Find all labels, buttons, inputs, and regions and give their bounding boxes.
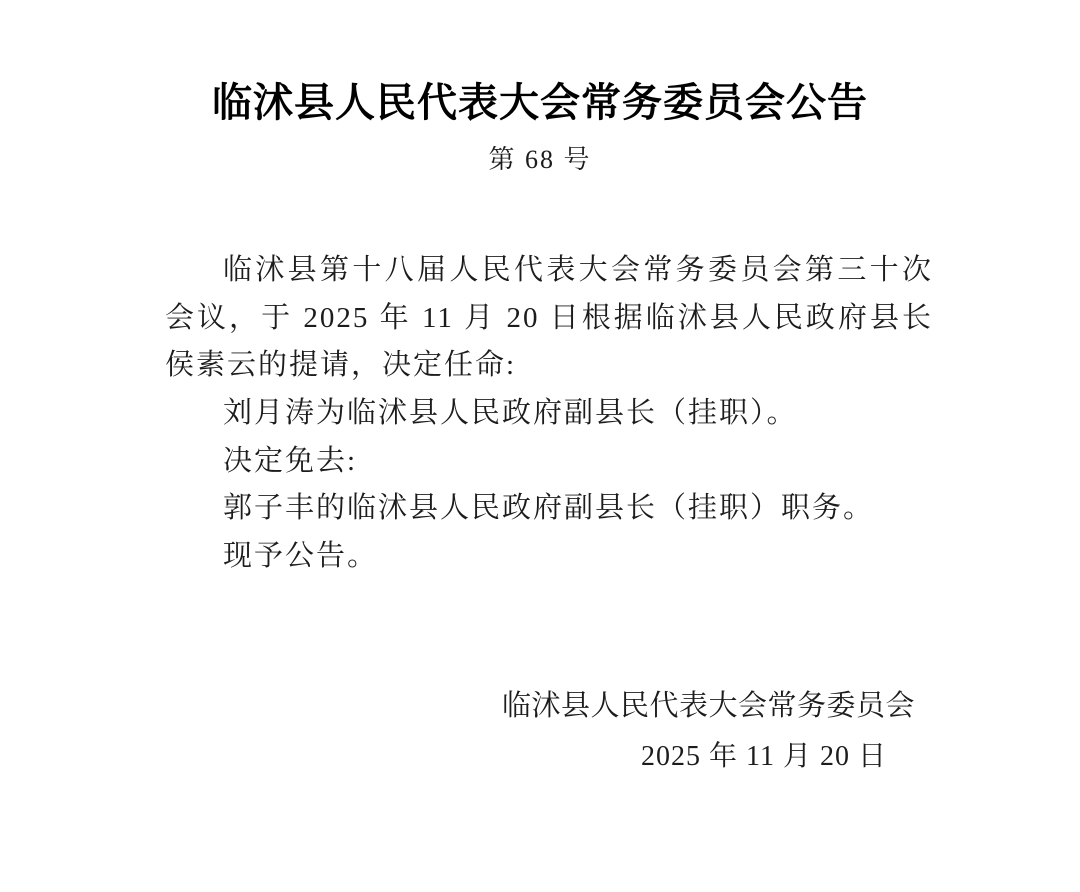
announcement-page: 临沭县人民代表大会常务委员会公告 第 68 号 临沭县第十八届人民代表大会常务委… xyxy=(0,0,1080,892)
document-number: 第 68 号 xyxy=(0,144,1080,175)
issue-date: 2025 年 11 月 20 日 xyxy=(0,737,887,776)
issuer-signature: 临沭县人民代表大会常务委员会 xyxy=(0,686,915,727)
document-body: 临沭县第十八届人民代表大会常务委员会第三十次会议，于 2025 年 11 月 2… xyxy=(165,247,933,580)
body-paragraph: 决定免去: xyxy=(165,438,933,486)
body-paragraph: 刘月涛为临沭县人民政府副县长（挂职）。 xyxy=(165,390,933,438)
body-paragraph: 临沭县第十八届人民代表大会常务委员会第三十次会议，于 2025 年 11 月 2… xyxy=(165,247,933,390)
body-paragraph: 郭子丰的临沭县人民政府副县长（挂职）职务。 xyxy=(165,485,933,533)
page-title: 临沭县人民代表大会常务委员会公告 xyxy=(0,0,1080,126)
body-paragraph: 现予公告。 xyxy=(165,533,933,581)
